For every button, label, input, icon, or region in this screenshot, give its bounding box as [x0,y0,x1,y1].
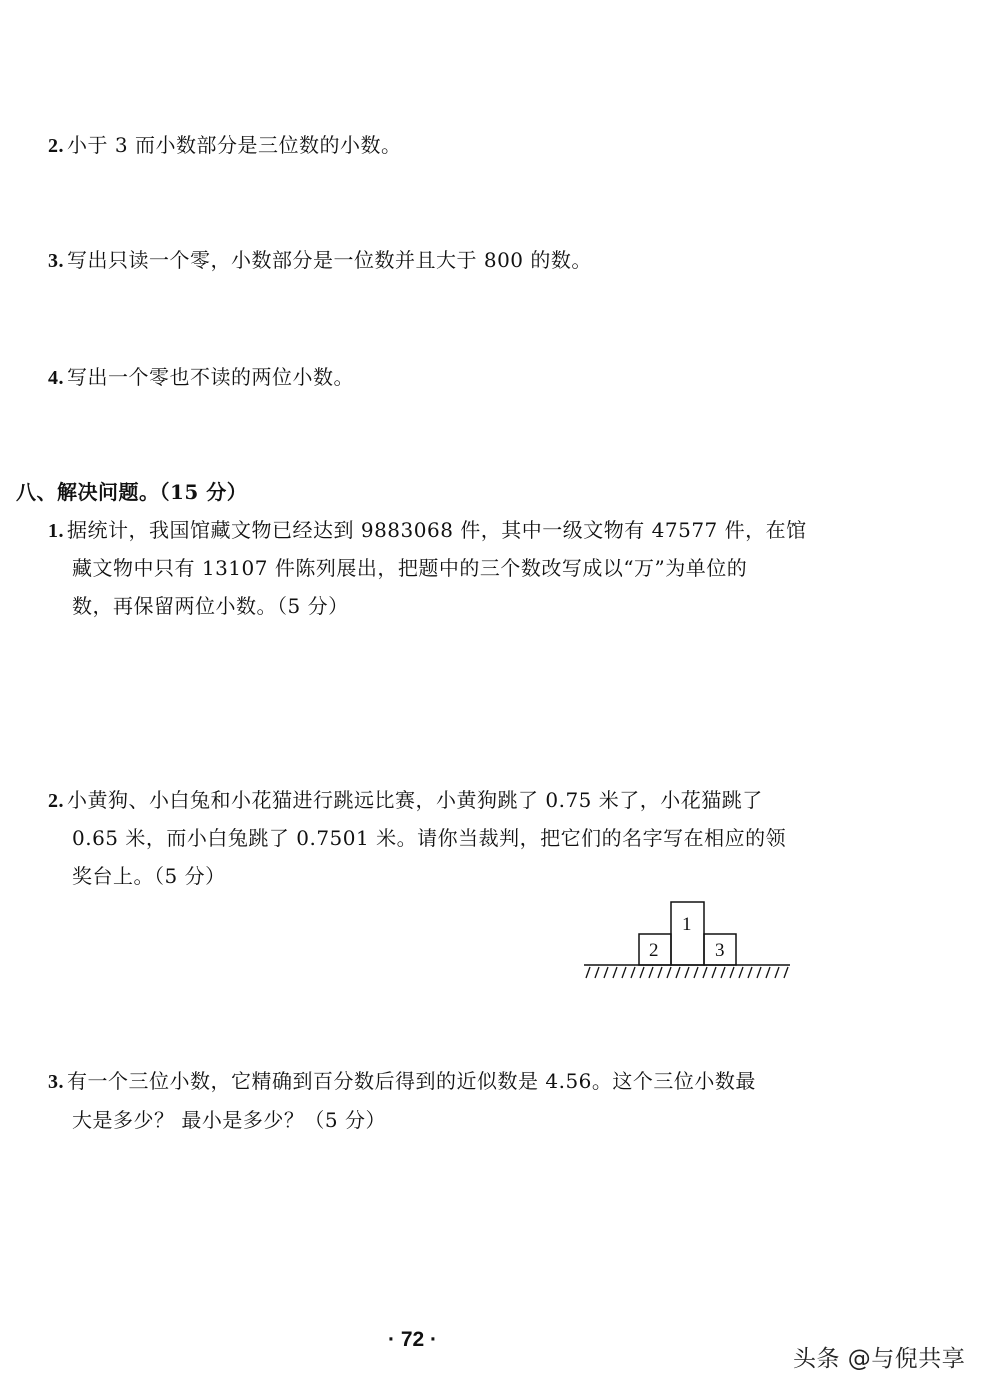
question-number: 3. [48,250,64,272]
podium-first-label: 1 [682,914,692,936]
problem-line: 藏文物中只有 13107 件陈列展出，把题中的三个数改写成以“万”为单位的 [72,556,747,580]
question-4: 4.写出一个零也不读的两位小数。 [48,365,354,390]
problem-number: 1. [48,520,64,542]
problem-line: 2.小黄狗、小白兔和小花猫进行跳远比赛，小黄狗跳了 0.75 米了，小花猫跳了 [48,788,763,813]
section-title: 八、解决问题。（15 分） [16,480,247,504]
problem-text: 小黄狗、小白兔和小花猫进行跳远比赛，小黄狗跳了 0.75 米了，小花猫跳了 [67,788,763,812]
question-3: 3.写出只读一个零，小数部分是一位数并且大于 800 的数。 [48,248,592,273]
podium-third-label: 3 [715,940,725,962]
problem-line: 数，再保留两位小数。（5 分） [72,594,349,618]
page-number: · 72 · [388,1328,437,1352]
question-number: 4. [48,367,64,389]
problem-number: 3. [48,1071,64,1093]
problem-line: 大是多少？ 最小是多少？（5 分） [72,1108,386,1132]
problem-text: 有一个三位小数，它精确到百分数后得到的近似数是 4.56。这个三位小数最 [67,1069,756,1093]
podium-diagram: 2 1 3 [584,900,794,980]
problem-line: 奖台上。（5 分） [72,864,226,888]
problem-number: 2. [48,790,64,812]
question-text: 小于 3 而小数部分是三位数的小数。 [67,133,401,157]
question-text: 写出只读一个零，小数部分是一位数并且大于 800 的数。 [67,248,592,272]
question-text: 写出一个零也不读的两位小数。 [67,365,354,389]
watermark: 头条 @与倪共享 [793,1340,965,1373]
problem-line: 0.65 米，而小白兔跳了 0.7501 米。请你当裁判，把它们的名字写在相应的… [72,826,786,850]
problem-line: 1.据统计，我国馆藏文物已经达到 9883068 件，其中一级文物有 47577… [48,518,807,543]
podium-second-label: 2 [649,940,659,962]
problem-text: 据统计，我国馆藏文物已经达到 9883068 件，其中一级文物有 47577 件… [67,518,807,542]
problem-line: 3.有一个三位小数，它精确到百分数后得到的近似数是 4.56。这个三位小数最 [48,1069,756,1094]
question-number: 2. [48,135,64,157]
question-2: 2.小于 3 而小数部分是三位数的小数。 [48,133,401,158]
